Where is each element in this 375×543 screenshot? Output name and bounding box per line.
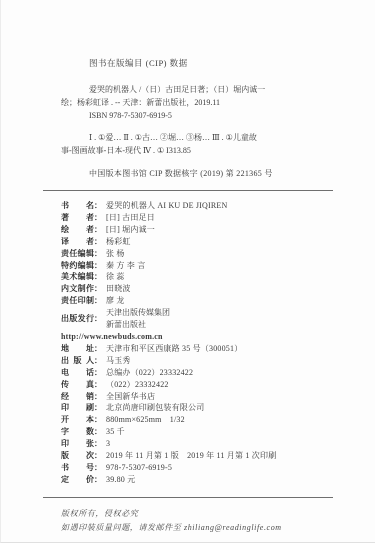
row-value: [日] 堀内诚一 [102,224,155,236]
cip-description-line: 爱哭的机器人 /（日）古田足日著；（日）堀内诚一 [61,83,331,96]
row-label: 电话 [61,367,94,379]
label-colon: ： [94,224,102,236]
row-label: 版次 [61,450,94,462]
publisher-group: 天津出版传媒集团 [102,307,170,319]
label-colon: ： [94,426,102,438]
row-label: 著者 [61,212,94,224]
row-label: 书号 [61,462,94,474]
publisher-names: 天津出版传媒集团 新蕾出版社 [102,307,170,331]
info-row-price: 定价：39.80 元 [61,474,331,486]
cip-block: 图书在版编目 (CIP) 数据 爱哭的机器人 /（日）古田足日著；（日）堀内诚一… [61,57,331,179]
row-label: 地址 [61,343,94,355]
row-value: 田晓波 [102,283,131,295]
row-value: 廖 龙 [102,295,125,307]
copyright-page: 图书在版编目 (CIP) 数据 爱哭的机器人 /（日）古田足日著；（日）堀内诚一… [0,0,375,543]
row-value: 秦 方 李 言 [102,260,145,272]
quality-notice: 如遇印装质量问题，请发邮件至 zhiliang@readinglife.com [61,521,331,535]
legal-footer: 版权所有，侵权必究 如遇印装质量问题，请发邮件至 zhiliang@readin… [61,507,331,535]
row-label: 责任编辑 [61,248,94,260]
label-colon: ： [94,271,102,283]
label-colon: ： [94,379,102,391]
label-colon: ： [94,367,102,379]
row-value: 978-7-5307-6919-5 [102,462,172,474]
info-row-edition: 版次：2019 年 11 月第 1 版 2019 年 11 月第 1 次印刷 [61,450,331,462]
row-label: 印张 [61,438,94,450]
row-label: 经销 [61,391,94,403]
label-colon: ： [94,474,102,486]
row-value: 3 [102,438,110,450]
row-label: 书名 [61,200,94,212]
label-colon: ： [94,402,102,414]
row-value: 爱哭的机器人 AI KU DE JIQIREN [102,200,227,212]
label-colon: ： [94,355,102,367]
row-label: 定价 [61,474,94,486]
row-label: 绘者 [61,224,94,236]
info-row-text-production: 内文制作：田晓波 [61,283,331,295]
row-value: 马玉秀 [102,355,131,367]
info-row-word-count: 字数：35 千 [61,426,331,438]
label-colon: ： [94,295,102,307]
row-value: 2019 年 11 月第 1 版 2019 年 11 月第 1 次印刷 [102,450,276,462]
row-value: 全国新华书店 [102,391,155,403]
row-label: 特约编辑 [61,260,94,272]
info-row-website: http://www.newbuds.com.cn [61,331,331,343]
row-label: 字数 [61,426,94,438]
info-row-address: 地址：天津市和平区西康路 35 号（300051） [61,343,331,355]
row-label: 内文制作 [61,283,94,295]
label-colon: ： [94,343,102,355]
publisher-press: 新蕾出版社 [102,319,170,331]
row-value: 徐 蕊 [102,271,125,283]
cip-isbn-line: ISBN 978-7-5307-6919-5 [61,109,331,122]
info-row-isbn: 书号：978-7-5307-6919-5 [61,462,331,474]
info-row-distribution: 经销：全国新华书店 [61,391,331,403]
info-row-format: 开本：880mm×625mm 1/32 [61,414,331,426]
info-row-fax: 传真：（022）23332422 [61,379,331,391]
row-value: 张 杨 [102,248,125,260]
row-label: 责任印制 [61,295,94,307]
publisher-website: http://www.newbuds.com.cn [61,331,163,343]
label-colon: ： [94,462,102,474]
row-label: 出版人 [61,355,94,367]
label-colon: ： [94,212,102,224]
divider-bottom [43,497,333,498]
copyright-notice: 版权所有，侵权必究 [61,507,331,521]
info-row-sheets: 印张：3 [61,438,331,450]
label-colon: ： [94,248,102,260]
row-value: 总编办（022）23332422 [102,367,193,379]
info-row-print-supervisor: 责任印制：廖 龙 [61,295,331,307]
label-colon: ： [94,200,102,212]
label-colon: ： [94,438,102,450]
label-colon: ： [94,313,102,325]
label-colon: ： [94,414,102,426]
row-value: 杨彩虹 [102,236,131,248]
info-row-art-editor: 美术编辑：徐 蕊 [61,271,331,283]
info-row-printing: 印刷：北京尚唐印刷包装有限公司 [61,402,331,414]
row-label: 译者 [61,236,94,248]
info-row-illustrator: 绘者：[日] 堀内诚一 [61,224,331,236]
cip-description-line: 绘；杨彩虹译 . -- 天津：新蕾出版社，2019.11 [61,96,331,109]
info-row-publisher: 出版发行： 天津出版传媒集团 新蕾出版社 [61,307,331,331]
row-label: 印刷 [61,402,94,414]
info-row-translator: 译者：杨彩虹 [61,236,331,248]
info-row-phone: 电话：总编办（022）23332422 [61,367,331,379]
row-value: （022）23332422 [102,379,169,391]
cip-record-number: 中国版本图书馆 CIP 数据核字 (2019) 第 221365 号 [61,168,331,179]
publication-info: 书名：爱哭的机器人 AI KU DE JIQIREN 著者：[日] 古田足日 绘… [61,200,331,486]
row-label: 开本 [61,414,94,426]
info-row-book-title: 书名：爱哭的机器人 AI KU DE JIQIREN [61,200,331,212]
label-colon: ： [94,260,102,272]
divider-top [43,190,333,191]
info-row-executive-editor: 责任编辑：张 杨 [61,248,331,260]
cip-description: 爱哭的机器人 /（日）古田足日著；（日）堀内诚一 绘；杨彩虹译 . -- 天津：… [61,83,331,122]
label-colon: ： [94,236,102,248]
row-value: [日] 古田足日 [102,212,155,224]
info-row-publisher-person: 出版人：马玉秀 [61,355,331,367]
row-label: 出版发行 [61,313,94,325]
info-row-special-editor: 特约编辑：秦 方 李 言 [61,260,331,272]
cip-classification-line: Ⅰ . ①爱… Ⅱ . ①古… ②堀… ③杨… Ⅲ . ①儿童故 [61,131,331,144]
cip-heading: 图书在版编目 (CIP) 数据 [61,57,331,69]
row-label: 传真 [61,379,94,391]
row-value: 35 千 [102,426,125,438]
label-colon: ： [94,391,102,403]
cip-classification-line: 事-图画故事-日本-现代 Ⅳ . ① I313.85 [61,144,331,157]
row-label: 美术编辑 [61,271,94,283]
label-colon: ： [94,283,102,295]
row-value: 39.80 元 [102,474,135,486]
row-value: 北京尚唐印刷包装有限公司 [102,402,204,414]
label-colon: ： [94,450,102,462]
info-row-author: 著者：[日] 古田足日 [61,212,331,224]
row-value: 880mm×625mm 1/32 [102,414,185,426]
row-value: 天津市和平区西康路 35 号（300051） [102,343,242,355]
cip-classification: Ⅰ . ①爱… Ⅱ . ①古… ②堀… ③杨… Ⅲ . ①儿童故 事-图画故事-… [61,131,331,157]
